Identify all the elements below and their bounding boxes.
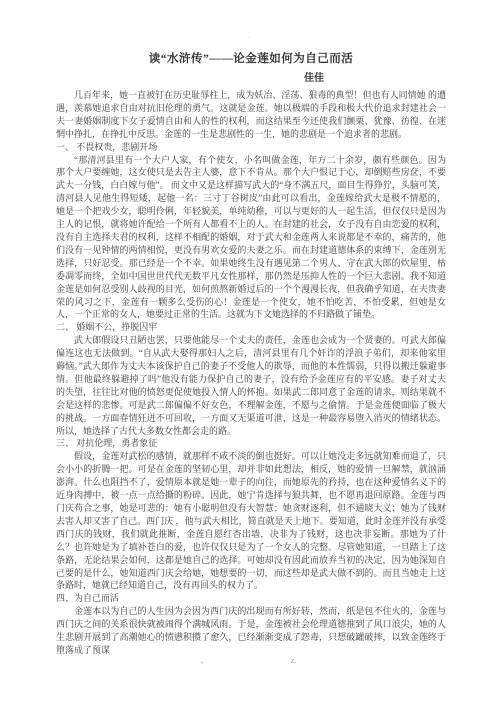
section-1: 一、 不畏权贵，悲剧开场 “那清河县里有一个大户人家，有个使女，小名叫做金莲，年…: [56, 141, 446, 322]
section-paragraph: 假设，金莲对武松的感情，就那样不咸不淡的倒也挺好。可以让她没走多远就知难而退了，…: [56, 450, 446, 592]
section-heading: 四、为自己而活: [56, 592, 446, 605]
footer-z-mark: z.: [291, 657, 296, 665]
page-title: 读“水浒传”——论金莲如何为自己而活: [56, 50, 446, 66]
section-3: 三、 对抗伦理，勇者象征 假设，金莲对武松的感情，就那样不咸不淡的倒也挺好。可以…: [56, 437, 446, 592]
footer-dash-mark: -: [201, 659, 204, 667]
document-content: 读“水浒传”——论金莲如何为自己而活 佳佳 几百年来，她一直被钉在历史耻辱柱上，…: [56, 50, 446, 657]
top-smudge-mark: ·: [247, 34, 249, 42]
section-paragraph: 金莲本以为自己的人生因为会因为西门庆的出现而有所好转，然而，纸是包不住火的，金莲…: [56, 605, 446, 657]
author-name: 佳佳: [56, 69, 446, 84]
document-page: · 读“水浒传”——论金莲如何为自己而活 佳佳 几百年来，她一直被钉在历史耻辱柱…: [0, 0, 500, 708]
section-4: 四、为自己而活 金莲本以为自己的人生因为会因为西门庆的出现而有所好转，然而，纸是…: [56, 592, 446, 657]
section-heading: 一、 不畏权贵，悲剧开场: [56, 141, 446, 154]
section-2: 二、 婚姻不公，挣脱囚牢 武大郎假设只丑陋也罢，只要他能尽一个丈夫的责任，金莲也…: [56, 321, 446, 437]
intro-paragraph: 几百年来，她一直被钉在历史耻辱柱上，成为妖冶、淫荡、狠毒的典型！但也有人同情她 …: [56, 89, 446, 141]
section-heading: 二、 婚姻不公，挣脱囚牢: [56, 321, 446, 334]
section-heading: 三、 对抗伦理，勇者象征: [56, 437, 446, 450]
section-paragraph: “那清河县里有一个大户人家，有个使女，小名叫做金莲，年方二十余岁，颇有些颜色。因…: [56, 154, 446, 322]
section-paragraph: 武大郎假设只丑陋也罢，只要他能尽一个丈夫的责任，金莲也会成为一个贤妻的。可武大郎…: [56, 334, 446, 437]
